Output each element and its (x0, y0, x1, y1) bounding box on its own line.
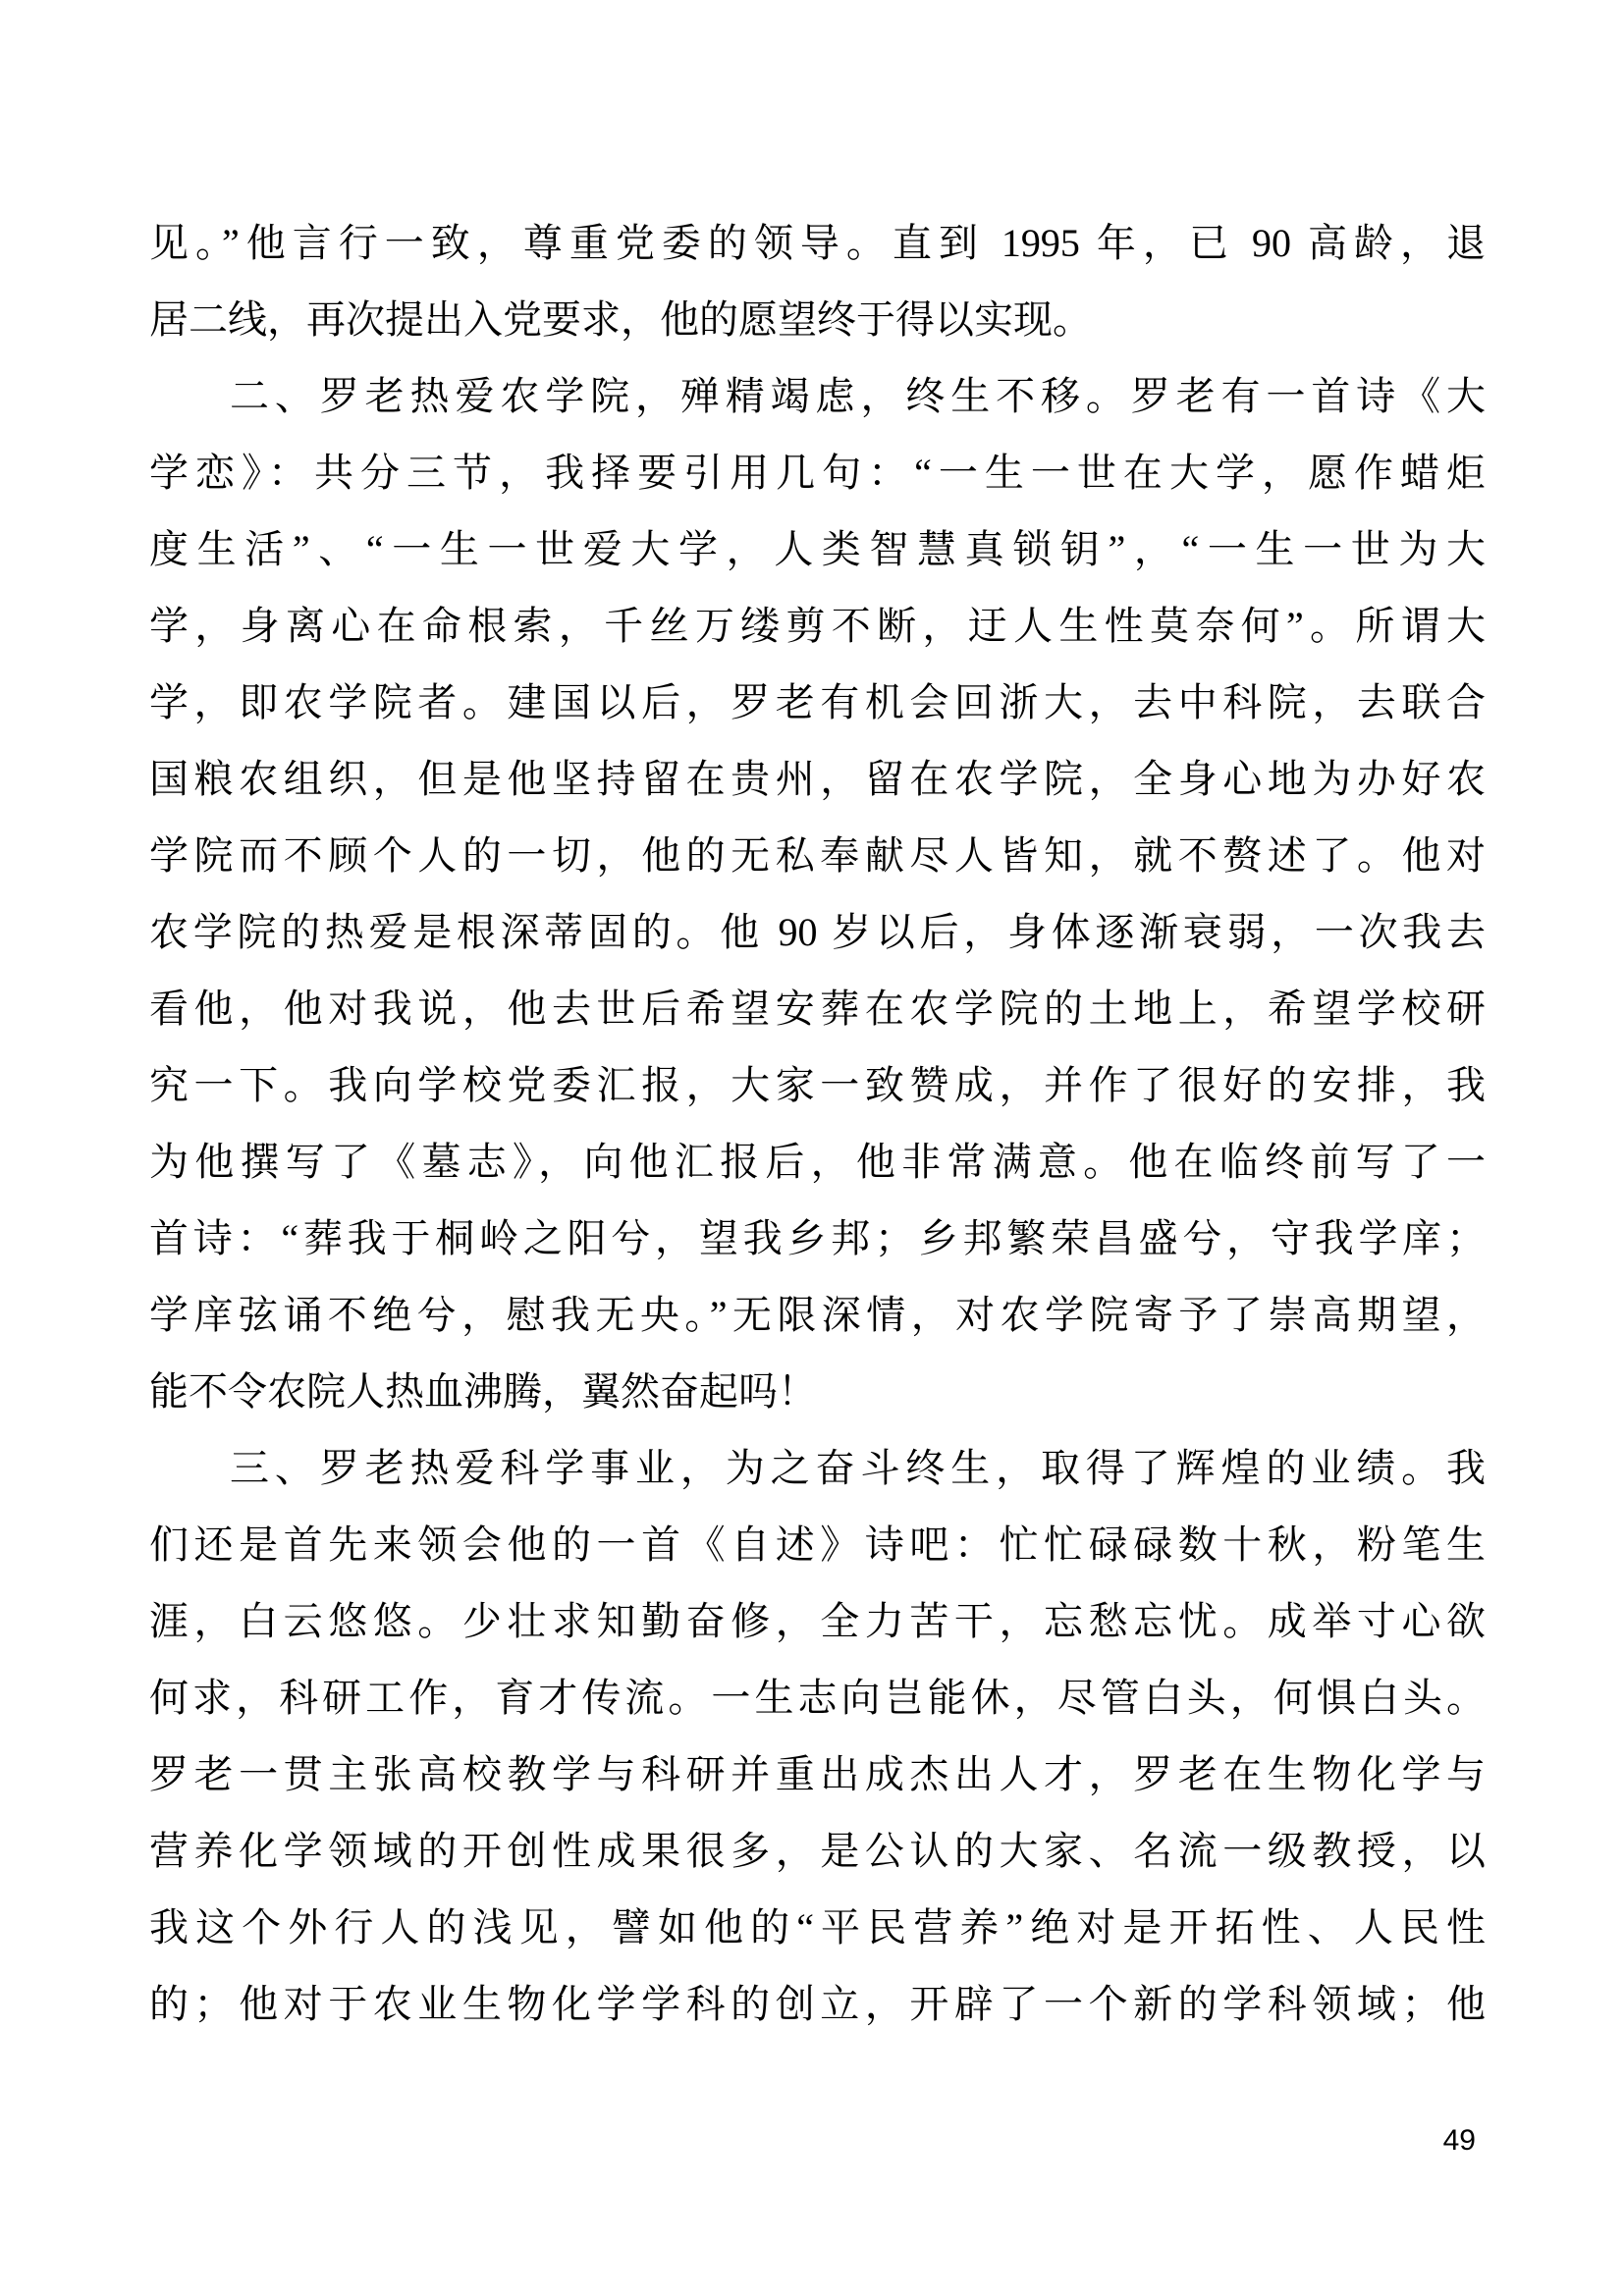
text-line: 我这个外行人的浅见，譬如他的“平民营养”绝对是开拓性、人民性 (149, 1890, 1486, 1966)
text-line: 见。”他言行一致，尊重党委的领导。直到 1995 年，已 90 高龄，退 (149, 205, 1486, 282)
text-line: 涯，白云悠悠。少壮求知勤奋修，全力苦干，忘愁忘忧。成举寸心欲 (149, 1583, 1486, 1660)
text-line: 三、罗老热爱科学事业，为之奋斗终生，取得了辉煌的业绩。我 (149, 1430, 1486, 1507)
document-body: 见。”他言行一致，尊重党委的领导。直到 1995 年，已 90 高龄，退居二线，… (149, 205, 1486, 2043)
text-line: 首诗：“葬我于桐岭之阳兮，望我乡邦；乡邦繁荣昌盛兮，守我学庠； (149, 1201, 1486, 1277)
text-line: 为他撰写了《墓志》，向他汇报后，他非常满意。他在临终前写了一 (149, 1124, 1486, 1201)
text-line: 学，即农学院者。建国以后，罗老有机会回浙大，去中科院，去联合 (149, 665, 1486, 741)
text-line: 何求，科研工作，育才传流。一生志向岂能休，尽管白头，何惧白头。 (149, 1660, 1486, 1736)
text-line: 居二线，再次提出入党要求，他的愿望终于得以实现。 (149, 282, 1486, 358)
text-line: 看他，他对我说，他去世后希望安葬在农学院的土地上，希望学校研 (149, 971, 1486, 1047)
text-line: 学恋》：共分三节，我择要引用几句：“一生一世在大学，愿作蜡炬 (149, 435, 1486, 511)
text-line: 度生活”、“一生一世爱大学，人类智慧真锁钥”，“一生一世为大 (149, 511, 1486, 588)
text-line: 营养化学领域的开创性成果很多，是公认的大家、名流一级教授，以 (149, 1813, 1486, 1890)
text-line: 的；他对于农业生物化学学科的创立，开辟了一个新的学科领域；他 (149, 1966, 1486, 2043)
text-line: 学，身离心在命根索，千丝万缕剪不断，迂人生性莫奈何”。所谓大 (149, 588, 1486, 665)
text-line: 农学院的热爱是根深蒂固的。他 90 岁以后，身体逐渐衰弱，一次我去 (149, 894, 1486, 971)
text-line: 学院而不顾个人的一切，他的无私奉献尽人皆知，就不赘述了。他对 (149, 818, 1486, 894)
text-line: 国粮农组织，但是他坚持留在贵州，留在农学院，全身心地为办好农 (149, 741, 1486, 818)
text-line: 罗老一贯主张高校教学与科研并重出成杰出人才，罗老在生物化学与 (149, 1736, 1486, 1813)
page-number: 49 (149, 2123, 1486, 2159)
text-line: 们还是首先来领会他的一首《自述》诗吧：忙忙碌碌数十秋，粉笔生 (149, 1507, 1486, 1583)
text-line: 能不令农院人热血沸腾，翼然奋起吗！ (149, 1354, 1486, 1430)
text-line: 究一下。我向学校党委汇报，大家一致赞成，并作了很好的安排，我 (149, 1047, 1486, 1124)
text-line: 学庠弦诵不绝兮，慰我无央。”无限深情，对农学院寄予了崇高期望， (149, 1277, 1486, 1354)
text-line: 二、罗老热爱农学院，殚精竭虑，终生不移。罗老有一首诗《大 (149, 358, 1486, 435)
document-page: 见。”他言行一致，尊重党委的领导。直到 1995 年，已 90 高龄，退居二线，… (0, 0, 1624, 2296)
